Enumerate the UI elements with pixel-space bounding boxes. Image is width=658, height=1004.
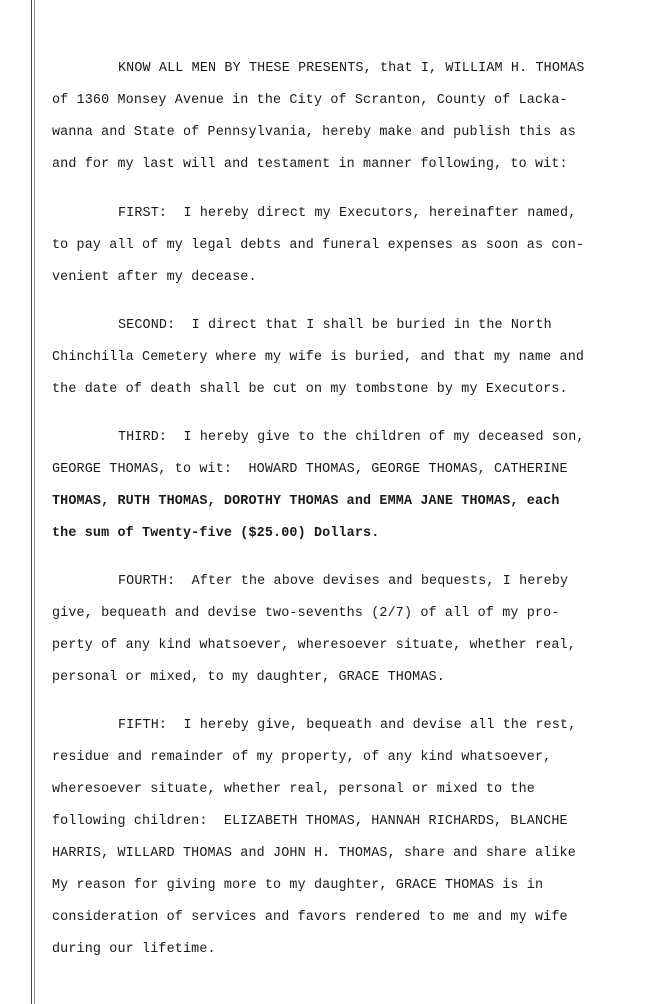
text-line: wheresoever situate, whether real, perso…: [52, 779, 658, 811]
paragraph-fourth: FOURTH: After the above devises and bequ…: [52, 571, 658, 699]
text-line: Chinchilla Cemetery where my wife is bur…: [52, 347, 658, 379]
text-line: SECOND: I direct that I shall be buried …: [52, 315, 658, 347]
text-line: the date of death shall be cut on my tom…: [52, 379, 658, 411]
left-margin-rule-inner: [34, 0, 35, 1004]
left-margin-rule: [31, 0, 32, 1004]
text-line: HARRIS, WILLARD THOMAS and JOHN H. THOMA…: [52, 843, 658, 875]
text-line: of 1360 Monsey Avenue in the City of Scr…: [52, 90, 658, 122]
text-line: perty of any kind whatsoever, wheresoeve…: [52, 635, 658, 667]
text-line: consideration of services and favors ren…: [52, 907, 658, 939]
text-line: FIFTH: I hereby give, bequeath and devis…: [52, 715, 658, 747]
text-line: KNOW ALL MEN BY THESE PRESENTS, that I, …: [52, 58, 658, 90]
text-line: give, bequeath and devise two-sevenths (…: [52, 603, 658, 635]
text-line: personal or mixed, to my daughter, GRACE…: [52, 667, 658, 699]
text-line: the sum of Twenty-five ($25.00) Dollars.: [52, 523, 658, 555]
text-line: THIRD: I hereby give to the children of …: [52, 427, 658, 459]
text-line: FIRST: I hereby direct my Executors, her…: [52, 203, 658, 235]
paragraph-first: FIRST: I hereby direct my Executors, her…: [52, 203, 658, 299]
text-line: GEORGE THOMAS, to wit: HOWARD THOMAS, GE…: [52, 459, 658, 491]
text-line: to pay all of my legal debts and funeral…: [52, 235, 658, 267]
paragraph-third: THIRD: I hereby give to the children of …: [52, 427, 658, 555]
text-line: FOURTH: After the above devises and bequ…: [52, 571, 658, 603]
text-line: residue and remainder of my property, of…: [52, 747, 658, 779]
text-line: venient after my decease.: [52, 267, 658, 299]
paragraph-preamble: KNOW ALL MEN BY THESE PRESENTS, that I, …: [52, 58, 658, 186]
paragraph-second: SECOND: I direct that I shall be buried …: [52, 315, 658, 411]
text-line: wanna and State of Pennsylvania, hereby …: [52, 122, 658, 154]
paragraph-fifth: FIFTH: I hereby give, bequeath and devis…: [52, 715, 658, 971]
text-line: following children: ELIZABETH THOMAS, HA…: [52, 811, 658, 843]
text-line: during our lifetime.: [52, 939, 658, 971]
text-line: THOMAS, RUTH THOMAS, DOROTHY THOMAS and …: [52, 491, 658, 523]
will-document-page: KNOW ALL MEN BY THESE PRESENTS, that I, …: [52, 58, 658, 987]
text-line: My reason for giving more to my daughter…: [52, 875, 658, 907]
text-line: and for my last will and testament in ma…: [52, 154, 658, 186]
